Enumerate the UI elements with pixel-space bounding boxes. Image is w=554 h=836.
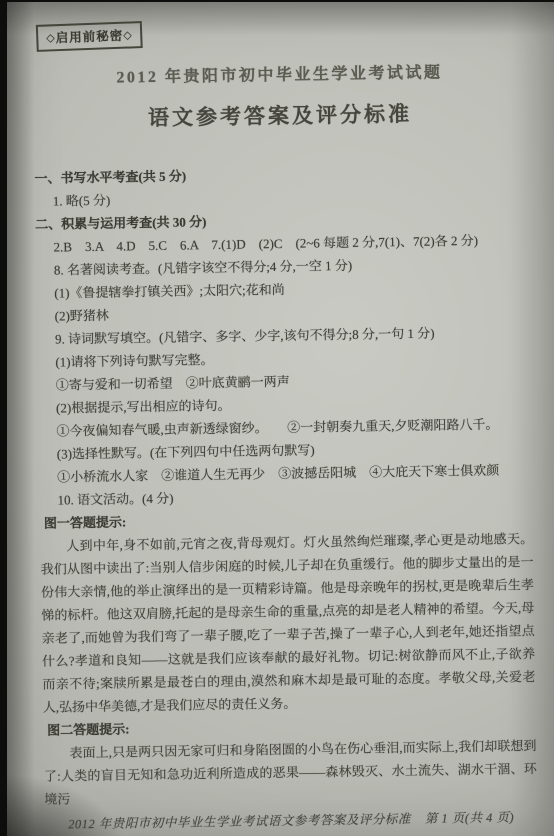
page-footer: 2012 年贵阳市初中毕业生学业考试语文参考答案及评分标准第 1 页(共 4 页…	[44, 807, 537, 833]
page-title: 语文参考答案及评分标准	[33, 96, 526, 134]
document-page: ◇启用前秘密◇ 2012 年贵阳市初中毕业生学业考试试题 语文参考答案及评分标准…	[7, 2, 554, 836]
page-number: 第 1 页(共 4 页)	[425, 810, 515, 825]
stamp-text: 启用前秘密	[56, 29, 124, 45]
exam-title: 2012 年贵阳市初中毕业生学业考试试题	[33, 58, 526, 89]
confidential-stamp: ◇启用前秘密◇	[36, 21, 143, 52]
footer-title: 2012 年贵阳市初中毕业生学业考试语文参考答案及评分标准	[68, 812, 411, 831]
diamond-icon: ◇	[46, 32, 56, 44]
page-content: ◇启用前秘密◇ 2012 年贵阳市初中毕业生学业考试试题 语文参考答案及评分标准…	[2, 0, 554, 836]
diamond-icon: ◇	[123, 29, 133, 41]
photo-background: ◇启用前秘密◇ 2012 年贵阳市初中毕业生学业考试试题 语文参考答案及评分标准…	[0, 0, 554, 836]
figure2-answer-paragraph: 表面上,只是两只因无家可归和身陷囹圄的小鸟在伤心垂泪,而实际上,我们却联想到了:…	[43, 734, 537, 811]
figure1-answer-paragraph: 人到中年,身不如前,元宵之夜,背母观灯。灯火虽然绚烂璀璨,孝心更是动地感天。我们…	[40, 527, 536, 719]
answers-body: 一、书写水平考查(共 5 分) 1. 略(5 分) 二、积累与运用考查(共 30…	[34, 159, 537, 811]
